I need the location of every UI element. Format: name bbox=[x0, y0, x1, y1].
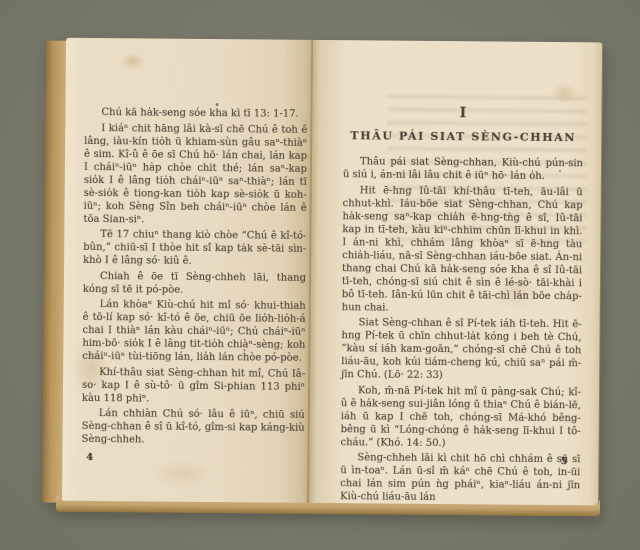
page-number-right: 5 bbox=[561, 456, 568, 467]
paragraph: Sèng-chheh lāi kì chit hō chì chhám ê sū… bbox=[340, 451, 580, 505]
paragraph: Lán khòaⁿ Kiù-chú hit mî só· khui-thiah … bbox=[82, 298, 306, 365]
paragraph: Thâu pái siat Sèng-chhan, Kiù-chú pún-si… bbox=[343, 155, 583, 183]
paragraph: Chiah ê ōe tī Sèng-chheh lāi, thang kóng… bbox=[83, 269, 306, 297]
paragraph: Lán chhiàn Chú só· lâu ê iūⁿ, chiū siú S… bbox=[82, 407, 305, 448]
paragraph: Khí-thâu siat Sèng-chhan hit mî, Chú Iâ-… bbox=[82, 365, 305, 406]
paragraph: Hit ē-hng Iû-tāi khí-thâu tī-teh, āu-lâi… bbox=[342, 184, 583, 316]
paragraph: I kiáⁿ chit hāng lâi kà-sī chē Chú ê toh… bbox=[83, 121, 307, 227]
paragraph: Chú kā ha̍k-seng sóe kha kì tī 13: 1-17. bbox=[84, 106, 307, 121]
foxing-stain bbox=[550, 82, 580, 104]
foxing-stain bbox=[152, 459, 212, 490]
left-page-text: Chú kā ha̍k-seng sóe kha kì tī 13: 1-17.… bbox=[81, 106, 307, 450]
open-book: Chú kā ha̍k-seng sóe kha kì tī 13: 1-17.… bbox=[42, 38, 606, 517]
right-page-content: I THÂU PÁI SIAT SÈNG-CHHAN Thâu pái siat… bbox=[340, 106, 583, 508]
photo-background: Chú kā ha̍k-seng sóe kha kì tī 13: 1-17.… bbox=[0, 0, 640, 550]
paragraph: Tē 17 chiuⁿ thang kiò chòe “Chú ê kî-tó-… bbox=[83, 228, 306, 269]
right-page-text: Thâu pái siat Sèng-chhan, Kiù-chú pún-si… bbox=[340, 155, 583, 505]
chapter-number: I bbox=[343, 106, 583, 121]
chapter-title: THÂU PÁI SIAT SÈNG-CHHAN bbox=[343, 129, 583, 144]
page-number-left: 4 bbox=[86, 452, 93, 463]
paragraph: Koh, m̄-nā Pí-tek hit mî ū pàng-sak Chú;… bbox=[341, 384, 582, 451]
ink-speck bbox=[215, 103, 218, 106]
foxing-stain bbox=[120, 52, 146, 70]
left-page: Chú kā ha̍k-seng sóe kha kì tī 13: 1-17.… bbox=[62, 38, 313, 503]
right-page: I THÂU PÁI SIAT SÈNG-CHHAN Thâu pái siat… bbox=[309, 40, 603, 506]
paragraph: Siat Sèng-chhan ê sî Pí-tek iáh tī-teh. … bbox=[341, 316, 582, 383]
page-spread: Chú kā ha̍k-seng sóe kha kì tī 13: 1-17.… bbox=[62, 38, 603, 506]
